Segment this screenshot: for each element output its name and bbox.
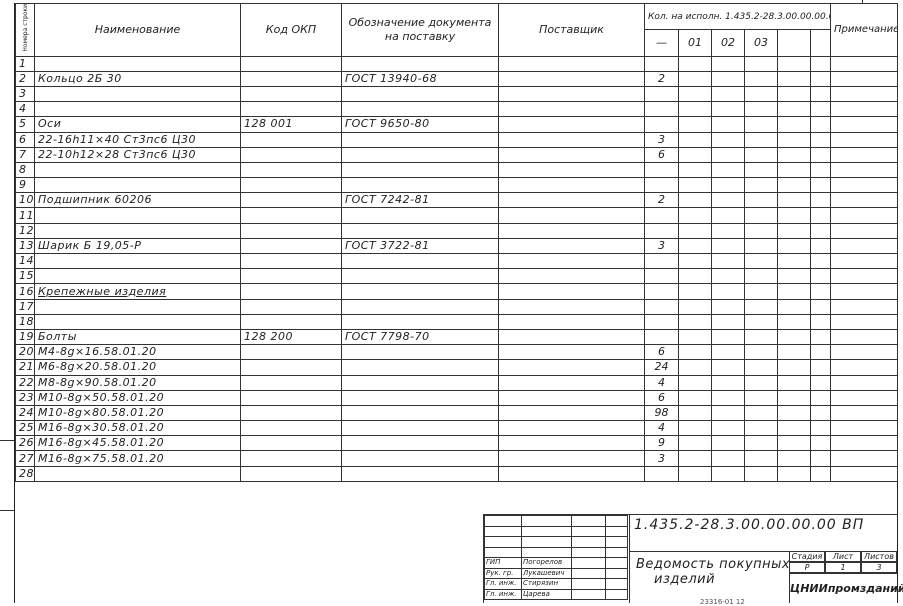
quantity-02 <box>712 208 745 223</box>
row-number: 19 <box>16 329 35 344</box>
signer-name: Лукашевич <box>522 568 572 579</box>
table-row: 622-16h11×40 Ст3пс6 Ц303 <box>16 132 898 147</box>
okp-code: 128 200 <box>241 329 342 344</box>
quantity-03 <box>745 117 778 132</box>
supply-document: ГОСТ 13940-68 <box>342 71 499 86</box>
quantity-01 <box>679 147 712 162</box>
supply-document: ГОСТ 3722-81 <box>342 238 499 253</box>
quantity-extra <box>811 208 831 223</box>
quantity-extra <box>778 466 811 481</box>
signature-cell <box>572 547 606 558</box>
quantity-03 <box>745 269 778 284</box>
supplier <box>499 178 645 193</box>
okp-code <box>241 436 342 451</box>
row-number: 27 <box>16 451 35 466</box>
okp-code <box>241 466 342 481</box>
note <box>831 405 898 420</box>
table-row: 15 <box>16 269 898 284</box>
quantity-01 <box>679 314 712 329</box>
supplier <box>499 345 645 360</box>
note <box>831 269 898 284</box>
header-qty-col: 02 <box>712 30 745 56</box>
table-row: 27М16-8g×75.58.01.203 <box>16 451 898 466</box>
stage-value: Р <box>789 562 825 573</box>
quantity-extra <box>811 132 831 147</box>
supplier <box>499 117 645 132</box>
supply-document <box>342 466 499 481</box>
row-number: 23 <box>16 390 35 405</box>
quantity-extra <box>778 193 811 208</box>
row-number: 25 <box>16 421 35 436</box>
note <box>831 56 898 71</box>
note <box>831 117 898 132</box>
row-number: 7 <box>16 147 35 162</box>
quantity-03 <box>745 238 778 253</box>
quantity-02 <box>712 117 745 132</box>
item-name: Оси <box>35 117 241 132</box>
row-number: 16 <box>16 284 35 299</box>
quantity-02 <box>712 223 745 238</box>
okp-code <box>241 132 342 147</box>
note <box>831 254 898 269</box>
okp-code <box>241 375 342 390</box>
item-name <box>35 102 241 117</box>
signature-cell <box>572 589 606 600</box>
okp-code <box>241 147 342 162</box>
note <box>831 86 898 101</box>
quantity-02 <box>712 405 745 420</box>
supply-document <box>342 314 499 329</box>
quantity-extra <box>778 102 811 117</box>
quantity-extra <box>811 178 831 193</box>
okp-code <box>241 405 342 420</box>
item-name <box>35 86 241 101</box>
quantity-01 <box>679 299 712 314</box>
item-name <box>35 299 241 314</box>
quantity <box>645 86 679 101</box>
quantity-extra <box>778 223 811 238</box>
binding-margin-line <box>0 510 14 511</box>
quantity-02 <box>712 375 745 390</box>
okp-code <box>241 238 342 253</box>
quantity <box>645 284 679 299</box>
quantity-extra <box>778 421 811 436</box>
note <box>831 375 898 390</box>
signature-cell <box>572 568 606 579</box>
quantity-03 <box>745 56 778 71</box>
quantity-03 <box>745 405 778 420</box>
header-row-number: Номера строки <box>16 4 35 57</box>
note <box>831 102 898 117</box>
supply-document <box>342 223 499 238</box>
table-row: 12 <box>16 223 898 238</box>
date-cell <box>606 516 628 527</box>
quantity-03 <box>745 132 778 147</box>
sheet-value: 1 <box>825 562 861 573</box>
row-number: 11 <box>16 208 35 223</box>
quantity-01 <box>679 56 712 71</box>
supply-document <box>342 421 499 436</box>
quantity-02 <box>712 269 745 284</box>
note <box>831 329 898 344</box>
quantity-01 <box>679 421 712 436</box>
signature-row: Гл. инж.Стирязин <box>485 579 628 590</box>
quantity-01 <box>679 193 712 208</box>
table-row: 26М16-8g×45.58.01.209 <box>16 436 898 451</box>
quantity: 24 <box>645 360 679 375</box>
quantity-03 <box>745 102 778 117</box>
document-title-line: изделий <box>636 572 790 587</box>
okp-code: 128 001 <box>241 117 342 132</box>
organization-name: ЦНИИпромзданий <box>789 573 897 603</box>
quantity: 6 <box>645 147 679 162</box>
supply-document: ГОСТ 7798-70 <box>342 329 499 344</box>
quantity-02 <box>712 86 745 101</box>
quantity-01 <box>679 466 712 481</box>
supply-document <box>342 56 499 71</box>
sheets-value: 3 <box>861 562 897 573</box>
signer-role: Гл. инж. <box>485 589 522 600</box>
header-supply-doc: Обозначение документа на поставку <box>342 4 499 57</box>
item-name <box>35 56 241 71</box>
row-number: 6 <box>16 132 35 147</box>
okp-code <box>241 284 342 299</box>
quantity-03 <box>745 299 778 314</box>
quantity: 4 <box>645 421 679 436</box>
okp-code <box>241 314 342 329</box>
supplier <box>499 329 645 344</box>
header-note: Примечание <box>831 4 898 57</box>
okp-code <box>241 345 342 360</box>
quantity-extra <box>778 390 811 405</box>
quantity <box>645 466 679 481</box>
row-number: 4 <box>16 102 35 117</box>
quantity-03 <box>745 208 778 223</box>
quantity-extra <box>778 178 811 193</box>
supply-document <box>342 436 499 451</box>
item-name: М16-8g×45.58.01.20 <box>35 436 241 451</box>
item-name: Подшипник 60206 <box>35 193 241 208</box>
date-cell <box>485 516 522 527</box>
row-number: 13 <box>16 238 35 253</box>
supplier <box>499 269 645 284</box>
item-name <box>35 269 241 284</box>
signer-role: Рук. гр. <box>485 568 522 579</box>
quantity-extra <box>811 451 831 466</box>
quantity <box>645 299 679 314</box>
title-block-divider <box>629 515 630 603</box>
supply-document <box>342 360 499 375</box>
quantity-extra <box>811 436 831 451</box>
quantity-02 <box>712 436 745 451</box>
quantity-extra <box>778 375 811 390</box>
quantity-extra <box>778 162 811 177</box>
quantity-02 <box>712 466 745 481</box>
quantity-extra <box>778 360 811 375</box>
okp-code <box>241 71 342 86</box>
table-row: 22М8-8g×90.58.01.204 <box>16 375 898 390</box>
item-name <box>35 208 241 223</box>
item-name <box>35 223 241 238</box>
quantity-extra <box>811 147 831 162</box>
table-row: 5Оси128 001ГОСТ 9650-80 <box>16 117 898 132</box>
table-row: 19Болты128 200ГОСТ 7798-70 <box>16 329 898 344</box>
quantity: 2 <box>645 193 679 208</box>
quantity-extra <box>811 284 831 299</box>
quantity-01 <box>679 405 712 420</box>
date-cell <box>485 537 522 548</box>
quantity-02 <box>712 284 745 299</box>
header-qty-col: 03 <box>745 30 778 56</box>
supplier <box>499 71 645 86</box>
date-cell <box>606 537 628 548</box>
quantity-01 <box>679 345 712 360</box>
quantity-03 <box>745 71 778 86</box>
quantity-extra <box>778 329 811 344</box>
okp-code <box>241 193 342 208</box>
table-row: 11 <box>16 208 898 223</box>
signature-row <box>485 547 628 558</box>
table-row: 28 <box>16 466 898 481</box>
quantity-03 <box>745 421 778 436</box>
quantity-02 <box>712 147 745 162</box>
quantity-02 <box>712 345 745 360</box>
quantity-extra <box>778 71 811 86</box>
supplier <box>499 390 645 405</box>
row-number: 17 <box>16 299 35 314</box>
date-cell <box>522 516 572 527</box>
quantity-01 <box>679 117 712 132</box>
table-row: 21М6-8g×20.58.01.2024 <box>16 360 898 375</box>
table-row: 18 <box>16 314 898 329</box>
note <box>831 284 898 299</box>
quantity-extra <box>811 375 831 390</box>
quantity-01 <box>679 329 712 344</box>
date-cell <box>522 547 572 558</box>
signer-role: ГИП <box>485 558 522 569</box>
table-row: 24М10-8g×80.58.01.2098 <box>16 405 898 420</box>
quantity-03 <box>745 147 778 162</box>
quantity-03 <box>745 223 778 238</box>
date-cell <box>485 547 522 558</box>
row-number: 10 <box>16 193 35 208</box>
item-name: М6-8g×20.58.01.20 <box>35 360 241 375</box>
date-cell <box>606 568 628 579</box>
quantity-02 <box>712 314 745 329</box>
note <box>831 390 898 405</box>
quantity-extra <box>778 132 811 147</box>
table-row: 17 <box>16 299 898 314</box>
quantity-extra <box>811 86 831 101</box>
signature-cell <box>572 579 606 590</box>
note <box>831 314 898 329</box>
quantity <box>645 223 679 238</box>
table-row: 14 <box>16 254 898 269</box>
table-row: 722-10h12×28 Ст3пс6 Ц306 <box>16 147 898 162</box>
okp-code <box>241 178 342 193</box>
table-row: 3 <box>16 86 898 101</box>
supplier <box>499 193 645 208</box>
row-number: 20 <box>16 345 35 360</box>
row-number: 1 <box>16 56 35 71</box>
supplier <box>499 436 645 451</box>
quantity-03 <box>745 193 778 208</box>
quantity-03 <box>745 451 778 466</box>
quantity <box>645 56 679 71</box>
supplier <box>499 208 645 223</box>
supply-document <box>342 345 499 360</box>
quantity: 3 <box>645 238 679 253</box>
quantity-extra <box>811 390 831 405</box>
item-name: М8-8g×90.58.01.20 <box>35 375 241 390</box>
quantity-02 <box>712 254 745 269</box>
table-row: 2Кольцо 2Б 30ГОСТ 13940-682 <box>16 71 898 86</box>
date-cell <box>606 547 628 558</box>
item-name <box>35 254 241 269</box>
quantity-03 <box>745 254 778 269</box>
signature-cell <box>572 526 606 537</box>
quantity <box>645 254 679 269</box>
row-number: 24 <box>16 405 35 420</box>
quantity-01 <box>679 436 712 451</box>
okp-code <box>241 299 342 314</box>
quantity-extra <box>811 299 831 314</box>
item-name: М4-8g×16.58.01.20 <box>35 345 241 360</box>
date-cell <box>522 537 572 548</box>
quantity-extra <box>811 71 831 86</box>
quantity-01 <box>679 360 712 375</box>
quantity-01 <box>679 223 712 238</box>
quantity-02 <box>712 56 745 71</box>
quantity: 98 <box>645 405 679 420</box>
row-number: 18 <box>16 314 35 329</box>
supplier <box>499 284 645 299</box>
quantity-02 <box>712 421 745 436</box>
supply-document <box>342 147 499 162</box>
row-number: 28 <box>16 466 35 481</box>
header-qty-group: Кол. на исполн. 1.435.2-28.3.00.00.00.00… <box>645 4 831 30</box>
supplier <box>499 132 645 147</box>
supply-document <box>342 162 499 177</box>
supplier <box>499 314 645 329</box>
quantity-03 <box>745 466 778 481</box>
table-row: 16Крепежные изделия <box>16 284 898 299</box>
signature-row <box>485 537 628 548</box>
note <box>831 223 898 238</box>
quantity-01 <box>679 254 712 269</box>
quantity-03 <box>745 86 778 101</box>
quantity-extra <box>811 421 831 436</box>
quantity-extra <box>811 162 831 177</box>
quantity-extra <box>811 254 831 269</box>
supply-document <box>342 254 499 269</box>
supply-document <box>342 178 499 193</box>
supplier <box>499 102 645 117</box>
table-row: 1 <box>16 56 898 71</box>
table-row: 9 <box>16 178 898 193</box>
quantity <box>645 208 679 223</box>
quantity <box>645 178 679 193</box>
item-name: М16-8g×30.58.01.20 <box>35 421 241 436</box>
quantity <box>645 102 679 117</box>
item-name: М10-8g×50.58.01.20 <box>35 390 241 405</box>
quantity-extra <box>778 147 811 162</box>
quantity-03 <box>745 314 778 329</box>
quantity-extra <box>811 466 831 481</box>
supply-document <box>342 86 499 101</box>
table-row: 13Шарик Б 19,05-РГОСТ 3722-813 <box>16 238 898 253</box>
header-supplier: Поставщик <box>499 4 645 57</box>
quantity-02 <box>712 360 745 375</box>
note <box>831 345 898 360</box>
note <box>831 436 898 451</box>
quantity-extra <box>778 269 811 284</box>
supply-document: ГОСТ 7242-81 <box>342 193 499 208</box>
signer-name: Погорелов <box>522 558 572 569</box>
row-number: 9 <box>16 178 35 193</box>
supply-document <box>342 299 499 314</box>
item-name: 22-16h11×40 Ст3пс6 Ц30 <box>35 132 241 147</box>
quantity-03 <box>745 329 778 344</box>
signature-cell <box>572 516 606 527</box>
date-cell <box>522 526 572 537</box>
signature-grid: ГИППогореловРук. гр.ЛукашевичГл. инж.Сти… <box>484 515 628 600</box>
quantity-02 <box>712 162 745 177</box>
supplier <box>499 223 645 238</box>
quantity-02 <box>712 193 745 208</box>
signer-name: Царева <box>522 589 572 600</box>
quantity-extra <box>778 345 811 360</box>
signer-role: Гл. инж. <box>485 579 522 590</box>
supply-document: ГОСТ 9650-80 <box>342 117 499 132</box>
item-name: 22-10h12×28 Ст3пс6 Ц30 <box>35 147 241 162</box>
quantity-02 <box>712 299 745 314</box>
quantity-extra <box>811 223 831 238</box>
quantity-extra <box>811 102 831 117</box>
quantity-extra <box>778 86 811 101</box>
signature-row: Гл. инж.Царева <box>485 589 628 600</box>
table-row: 20М4-8g×16.58.01.206 <box>16 345 898 360</box>
header-okp-code: Код ОКП <box>241 4 342 57</box>
quantity-03 <box>745 390 778 405</box>
note <box>831 132 898 147</box>
table-row: 25М16-8g×30.58.01.204 <box>16 421 898 436</box>
quantity-extra <box>778 299 811 314</box>
quantity-01 <box>679 71 712 86</box>
row-number: 26 <box>16 436 35 451</box>
quantity <box>645 329 679 344</box>
header-qty-col <box>778 30 811 56</box>
quantity-01 <box>679 132 712 147</box>
item-name <box>35 314 241 329</box>
quantity-01 <box>679 269 712 284</box>
signature-row: Рук. гр.Лукашевич <box>485 568 628 579</box>
note <box>831 238 898 253</box>
quantity-extra <box>811 56 831 71</box>
quantity-extra <box>778 405 811 420</box>
row-number: 12 <box>16 223 35 238</box>
quantity-03 <box>745 178 778 193</box>
date-cell <box>606 526 628 537</box>
header-qty-col: — <box>645 30 679 56</box>
sheet-label: Лист <box>825 551 861 562</box>
quantity-01 <box>679 238 712 253</box>
quantity-02 <box>712 102 745 117</box>
supply-document <box>342 284 499 299</box>
row-number: 5 <box>16 117 35 132</box>
quantity-02 <box>712 390 745 405</box>
quantity-01 <box>679 86 712 101</box>
